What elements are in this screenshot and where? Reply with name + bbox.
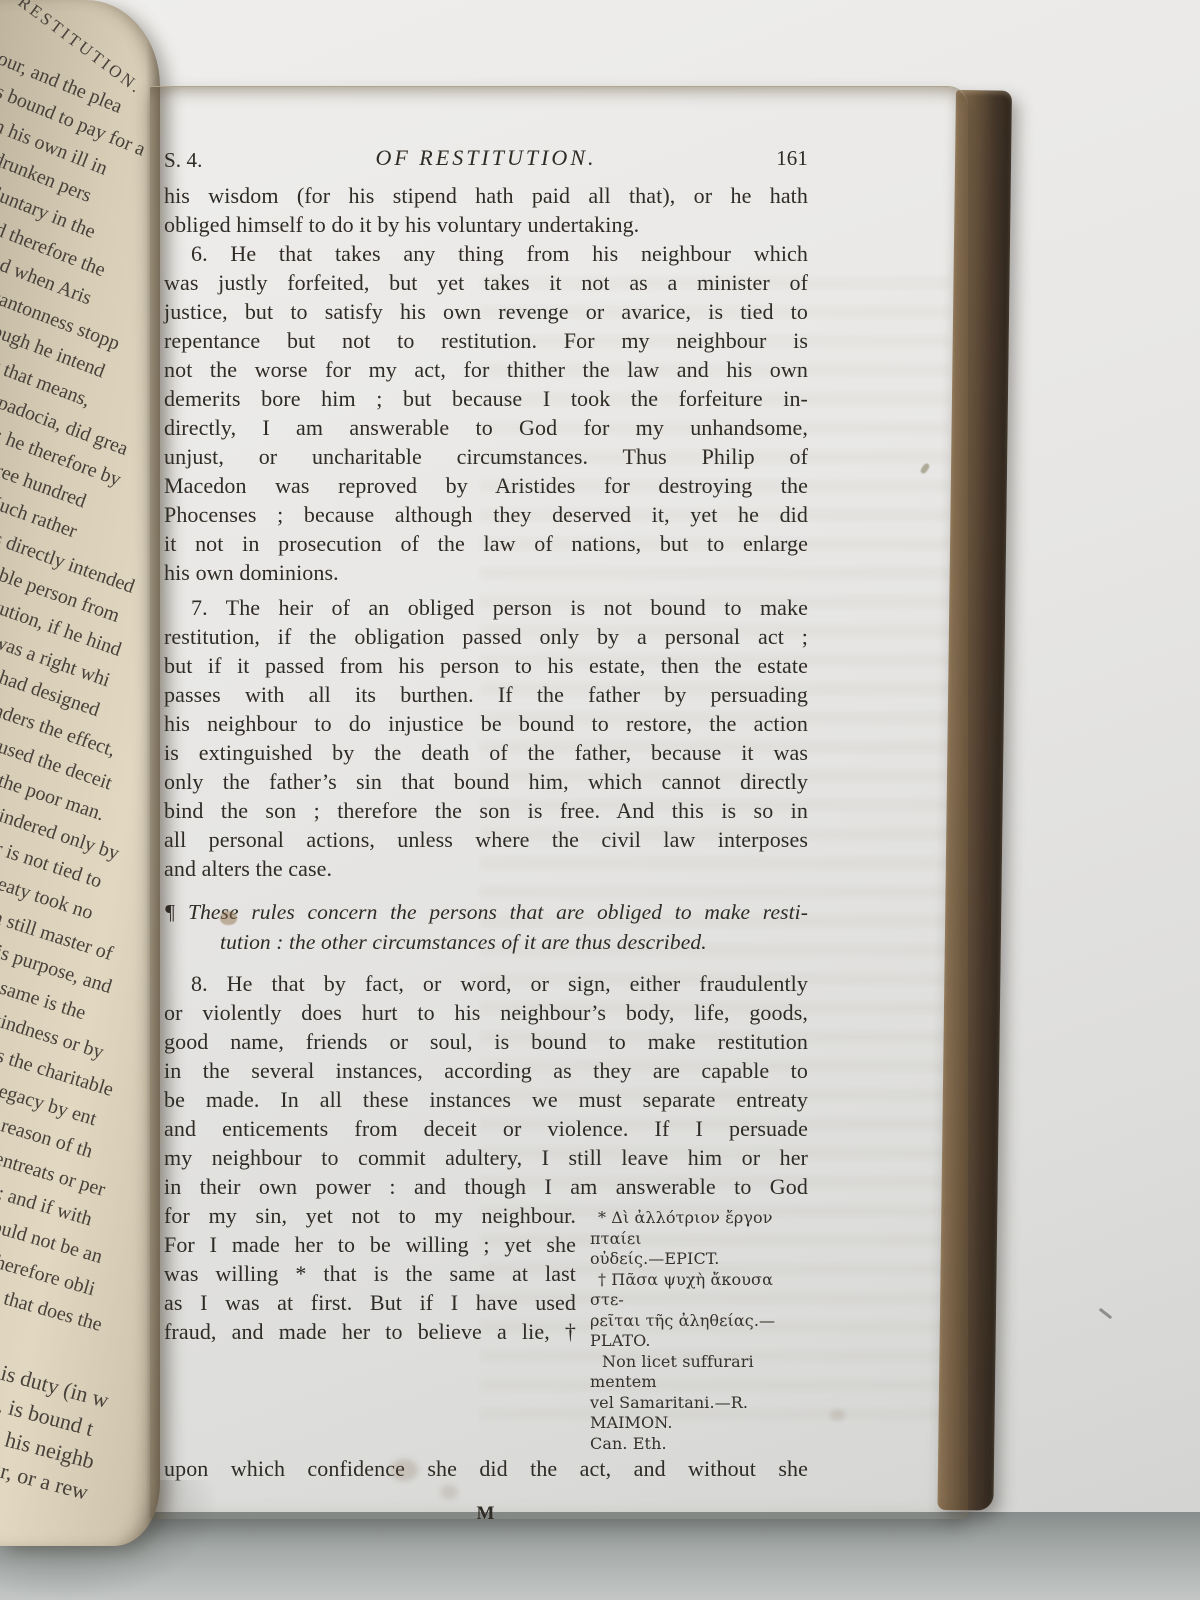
- text-line: was justly forfeited, but yet takes it n…: [164, 268, 808, 297]
- running-title: OF RESTITUTION.: [164, 143, 808, 172]
- page-number: 161: [776, 144, 808, 173]
- paragraph-continuation: his wisdom (for his stipend hath paid al…: [164, 181, 808, 239]
- text-line: restitution, if the obligation passed on…: [164, 622, 808, 651]
- text-line: unjust, or uncharitable circumstances. T…: [164, 442, 808, 471]
- text-line: as I was at first. But if I have used: [164, 1288, 576, 1317]
- text-line: For I made her to be willing ; yet she: [164, 1230, 576, 1259]
- dust-speck: [1099, 1308, 1113, 1320]
- book-page: S. 4. OF RESTITUTION. 161 his wisdom (fo…: [150, 86, 968, 1519]
- text-line: his wisdom (for his stipend hath paid al…: [164, 181, 808, 210]
- book-photo: RESTITUTION.neighbour, and the pleaouse,…: [0, 0, 1200, 1600]
- text-line: it not in prosecution of the law of nati…: [164, 529, 808, 558]
- foxing-spot: [440, 1485, 458, 1499]
- paragraph-6: 6. He that takes any thing from his neig…: [164, 239, 808, 587]
- text-line: or violently does hurt to his neighbour’…: [164, 998, 808, 1027]
- text-line: in the several instances, according as t…: [164, 1056, 808, 1085]
- text-line: justice, but to satisfy his own revenge …: [164, 297, 808, 326]
- text-line: my neighbour to commit adultery, I still…: [164, 1143, 808, 1172]
- ink-smudge: [220, 911, 237, 925]
- text-line: directly, I am answerable to God for my …: [164, 413, 808, 442]
- footnote-line: ρεῖται τῆς ἀληθείας.—PLATO.: [590, 1311, 808, 1352]
- text-line: good name, friends or soul, is bound to …: [164, 1027, 808, 1056]
- text-line: but if it passed from his person to his …: [164, 651, 808, 680]
- text-line: only the father’s sin that bound him, wh…: [164, 767, 808, 796]
- text-line: his own dominions.: [164, 558, 808, 587]
- text-line: for my sin, yet not to my neighbour.: [164, 1201, 576, 1230]
- footnote-line: * Δὶ ἀλλότριον ἔργον πταίει: [590, 1208, 808, 1249]
- text-line: and alters the case.: [164, 854, 808, 883]
- text-line: upon which confidence she did the act, a…: [164, 1454, 808, 1483]
- left-page-lines: RESTITUTION.neighbour, and the pleaouse,…: [0, 0, 160, 1546]
- text-line: not the worse for my act, for thither th…: [164, 355, 808, 384]
- text-column: S. 4. OF RESTITUTION. 161 his wisdom (fo…: [164, 143, 808, 1528]
- text-line: bind the son ; therefore the son is free…: [164, 796, 808, 825]
- rubric-paragraph: ¶ These rules concern the persons that a…: [164, 897, 808, 957]
- text-line: is extinguished by the death of the fath…: [164, 738, 808, 767]
- footnote-line: Non licet suffurari mentem: [590, 1352, 808, 1393]
- text-line: repentance but not to restitution. For m…: [164, 326, 808, 355]
- paragraph-7: 7. The heir of an obliged person is not …: [164, 593, 808, 883]
- text-line: all personal actions, unless where the c…: [164, 825, 808, 854]
- signature-mark: M: [164, 1499, 808, 1528]
- footnotes: * Δὶ ἀλλότριον ἔργον πταίειοὐδείς.—EPICT…: [590, 1201, 808, 1454]
- rubric-line: tution : the other circumstances of it a…: [164, 927, 808, 957]
- text-line: his neighbour to do injustice be bound t…: [164, 709, 808, 738]
- rubric-line: ¶ These rules concern the persons that a…: [164, 897, 808, 927]
- text-line: Phocenses ; because although they deserv…: [164, 500, 808, 529]
- paragraph-8-narrow: for my sin, yet not to my neighbour.For …: [164, 1201, 576, 1346]
- text-line: Macedon was reproved by Aristides for de…: [164, 471, 808, 500]
- text-line: fraud, and made her to believe a lie, †: [164, 1317, 576, 1346]
- page-header: S. 4. OF RESTITUTION. 161: [164, 143, 808, 181]
- text-line: obliged himself to do it by his voluntar…: [164, 210, 808, 239]
- foxing-spot: [390, 1459, 418, 1481]
- text-line: and enticements from deceit or violence.…: [164, 1114, 808, 1143]
- text-line: 6. He that takes any thing from his neig…: [164, 239, 808, 268]
- text-line: passes with all its burthen. If the fath…: [164, 680, 808, 709]
- text-line: in their own power : and though I am ans…: [164, 1172, 808, 1201]
- text-line: demerits bore him ; but because I took t…: [164, 384, 808, 413]
- foxing-spot: [830, 1409, 845, 1421]
- paragraph-8: 8. He that by fact, or word, or sign, ei…: [164, 969, 808, 1201]
- footnote-line: Can. Eth.: [590, 1434, 808, 1455]
- text-line: 7. The heir of an obliged person is not …: [164, 593, 808, 622]
- text-line: 8. He that by fact, or word, or sign, ei…: [164, 969, 808, 998]
- footnote-line: † Πᾶσα ψυχὴ ἄκουσα στε-: [590, 1270, 808, 1311]
- footnote-line: vel Samaritani.—R. MAIMON.: [590, 1393, 808, 1434]
- narrow-text-and-footnotes: for my sin, yet not to my neighbour.For …: [164, 1201, 808, 1454]
- footnote-line: οὐδείς.—EPICT.: [590, 1249, 808, 1270]
- text-line: was willing * that is the same at last: [164, 1259, 576, 1288]
- text-line: be made. In all these instances we must …: [164, 1085, 808, 1114]
- left-page: RESTITUTION.neighbour, and the pleaouse,…: [0, 0, 160, 1546]
